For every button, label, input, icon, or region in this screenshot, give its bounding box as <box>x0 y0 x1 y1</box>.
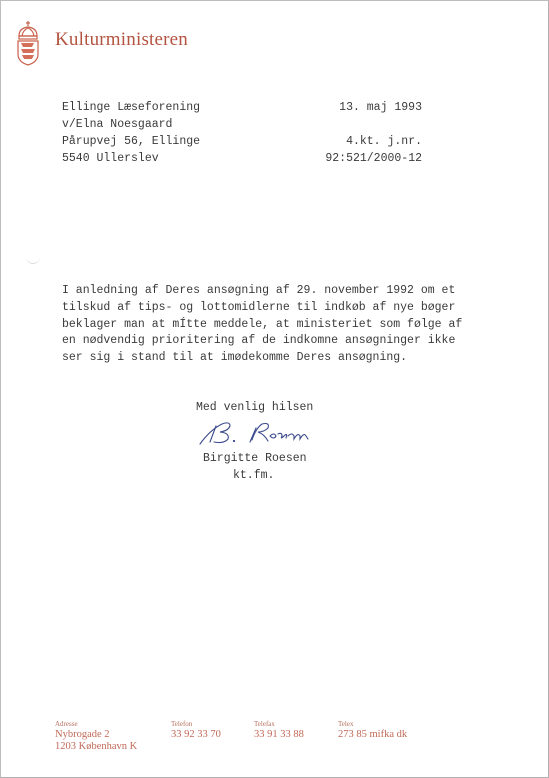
body-line: ser sig i stand til at imødekomme Deres … <box>62 350 462 367</box>
body-line: en nødvendig prioritering af de indkomne… <box>62 333 462 350</box>
footer-fax: Telefax 33 91 33 88 <box>254 720 304 741</box>
footer-value: Nybrogade 2 <box>55 729 137 741</box>
footer-label: Telefon <box>171 720 221 729</box>
recipient-line: Pårupvej 56, Ellinge <box>62 133 200 150</box>
footer-phone: Telefon 33 92 33 70 <box>171 720 221 741</box>
footer-value: 1203 København K <box>55 741 137 753</box>
closing-greeting: Med venlig hilsen <box>196 399 313 416</box>
footer-label: Telefax <box>254 720 304 729</box>
spacer <box>325 116 422 133</box>
recipient-line: Ellinge Læseforening <box>62 99 200 116</box>
recipient-line: v/Elna Noesgaard <box>62 116 200 133</box>
recipient-address: Ellinge Læseforeningv/Elna NoesgaardPåru… <box>62 99 200 167</box>
file-number: 92:521/2000-12 <box>325 150 422 167</box>
office-reference: 4.kt. j.nr. <box>325 133 422 150</box>
ministry-name: Kulturministeren <box>55 29 188 51</box>
footer-address: Adresse Nybrogade 2 1203 København K <box>55 720 137 753</box>
signer-title: kt.fm. <box>233 467 274 484</box>
coat-of-arms-icon <box>15 20 41 66</box>
footer-telex: Telex 273 85 mifka dk <box>338 720 407 741</box>
body-line: I anledning af Deres ansøgning af 29. no… <box>62 283 462 300</box>
footer-value: 33 91 33 88 <box>254 729 304 741</box>
letter-body: I anledning af Deres ansøgning af 29. no… <box>62 283 462 367</box>
letter-date: 13. maj 1993 <box>325 99 422 116</box>
footer-label: Adresse <box>55 720 137 729</box>
footer-value: 273 85 mifka dk <box>338 729 407 741</box>
body-line: beklager man at mÍtte meddele, at minist… <box>62 317 462 334</box>
letter-meta: 13. maj 1993 4.kt. j.nr.92:521/2000-12 <box>325 99 422 167</box>
signer-name: Birgitte Roesen <box>203 450 307 467</box>
recipient-line: 5540 Ullerslev <box>62 150 200 167</box>
footer-label: Telex <box>338 720 407 729</box>
signature <box>196 416 326 448</box>
body-line: tilskud af tips- og lottomidlerne til in… <box>62 300 462 317</box>
footer-value: 33 92 33 70 <box>171 729 221 741</box>
